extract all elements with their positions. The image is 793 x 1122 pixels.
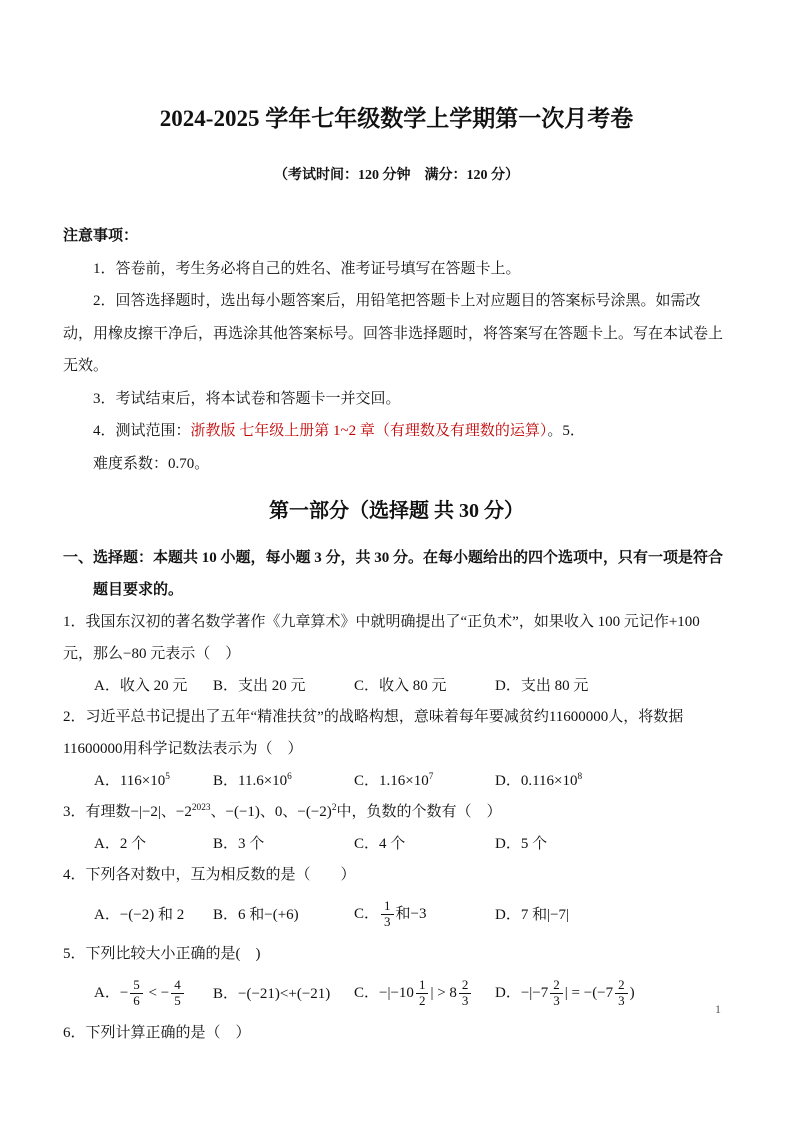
page-number: 1 — [715, 1002, 721, 1017]
exam-meta: （考试时间：120 分钟 满分：120 分） — [63, 166, 730, 186]
question-stem: 1．我国东汉初的著名数学著作《九章算术》中就明确提出了“正负术”，如果收入 10… — [63, 606, 730, 670]
option: A．2 个 — [94, 834, 213, 854]
option: D．7 和|−7| — [495, 905, 730, 925]
section-intro: 一、选择题：本题共 10 小题，每小题 3 分，共 30 分。在每小题给出的四个… — [63, 542, 730, 606]
option: A．−(−2) 和 2 — [94, 905, 213, 925]
option: B．−(−21)<+(−21) — [213, 984, 354, 1004]
questions-list: 1．我国东汉初的著名数学著作《九章算术》中就明确提出了“正负术”，如果收入 10… — [63, 606, 730, 1049]
fraction: 12 — [416, 978, 429, 1009]
option: D．5 个 — [495, 834, 730, 854]
option: C．收入 80 元 — [354, 676, 495, 696]
options-row: A．2 个B．3 个C．4 个D．5 个 — [63, 828, 730, 859]
question-stem: 6．下列计算正确的是（ ） — [63, 1017, 730, 1049]
question-stem: 4．下列各对数中，互为相反数的是（ ） — [63, 859, 730, 891]
fraction: 56 — [130, 978, 143, 1009]
fraction: 23 — [459, 978, 472, 1009]
option: B．3 个 — [213, 834, 354, 854]
option: B．支出 20 元 — [213, 676, 354, 696]
notice-heading: 注意事项： — [63, 220, 730, 253]
option: D．支出 80 元 — [495, 676, 730, 696]
option: C．−|−1012| > 823 — [354, 978, 495, 1009]
superscript: 7 — [429, 772, 434, 782]
notice-section: 注意事项： 1．答卷前，考生务必将自己的姓名、准考证号填写在答题卡上。 2．回答… — [63, 220, 730, 480]
option: A．收入 20 元 — [94, 676, 213, 696]
notice-item-suffix: 。5． — [547, 423, 585, 439]
fraction: 23 — [550, 978, 563, 1009]
notice-item: 4．测试范围：浙教版 七年级上册第 1~2 章（有理数及有理数的运算）。5． — [63, 415, 730, 448]
section-heading: 第一部分（选择题 共 30 分） — [63, 494, 730, 528]
option: D．0.116×108 — [495, 771, 730, 791]
notice-item: 3．考试结束后，将本试卷和答题卡一并交回。 — [63, 383, 730, 416]
page-title: 2024-2025 学年七年级数学上学期第一次月考卷 — [63, 102, 730, 136]
superscript: 2 — [332, 803, 337, 813]
question-stem: 5．下列比较大小正确的是( ) — [63, 938, 730, 970]
fraction: 23 — [615, 978, 628, 1009]
superscript: 8 — [578, 772, 583, 782]
fraction: 45 — [171, 978, 184, 1009]
superscript: 2023 — [192, 803, 211, 813]
option: C．13和−3 — [354, 899, 495, 930]
question-stem: 2．习近平总书记提出了五年“精准扶贫”的战略构想，意味着每年要减贫约116000… — [63, 701, 730, 765]
superscript: 5 — [165, 772, 170, 782]
notice-item: 2．回答选择题时，选出每小题答案后，用铅笔把答题卡上对应题目的答案标号涂黑。如需… — [63, 285, 730, 383]
question-stem: 3．有理数−|−2|、−22023、−(−1)、0、−(−2)2中，负数的个数有… — [63, 796, 730, 828]
superscript: 6 — [287, 772, 292, 782]
exam-page: 2024-2025 学年七年级数学上学期第一次月考卷 （考试时间：120 分钟 … — [0, 0, 793, 1122]
notice-item: 难度系数：0.70。 — [63, 448, 730, 481]
options-row: A．116×105B．11.6×106C．1.16×107D．0.116×108 — [63, 765, 730, 796]
option: A．−56 < −45 — [94, 978, 213, 1009]
option: D．−|−723| = −(−723) — [495, 978, 730, 1009]
option: C．1.16×107 — [354, 771, 495, 791]
notice-item-prefix: 4．测试范围： — [93, 423, 191, 439]
option: C．4 个 — [354, 834, 495, 854]
notice-item-scope-red: 浙教版 七年级上册第 1~2 章（有理数及有理数的运算） — [191, 423, 548, 439]
option: B．11.6×106 — [213, 771, 354, 791]
options-row: A．收入 20 元B．支出 20 元C．收入 80 元D．支出 80 元 — [63, 670, 730, 701]
fraction: 13 — [381, 899, 394, 930]
option: A．116×105 — [94, 771, 213, 791]
options-row: A．−(−2) 和 2B．6 和−(+6)C．13和−3D．7 和|−7| — [63, 891, 730, 938]
notice-item: 1．答卷前，考生务必将自己的姓名、准考证号填写在答题卡上。 — [63, 253, 730, 286]
options-row: A．−56 < −45B．−(−21)<+(−21)C．−|−1012| > 8… — [63, 970, 730, 1017]
option: B．6 和−(+6) — [213, 905, 354, 925]
